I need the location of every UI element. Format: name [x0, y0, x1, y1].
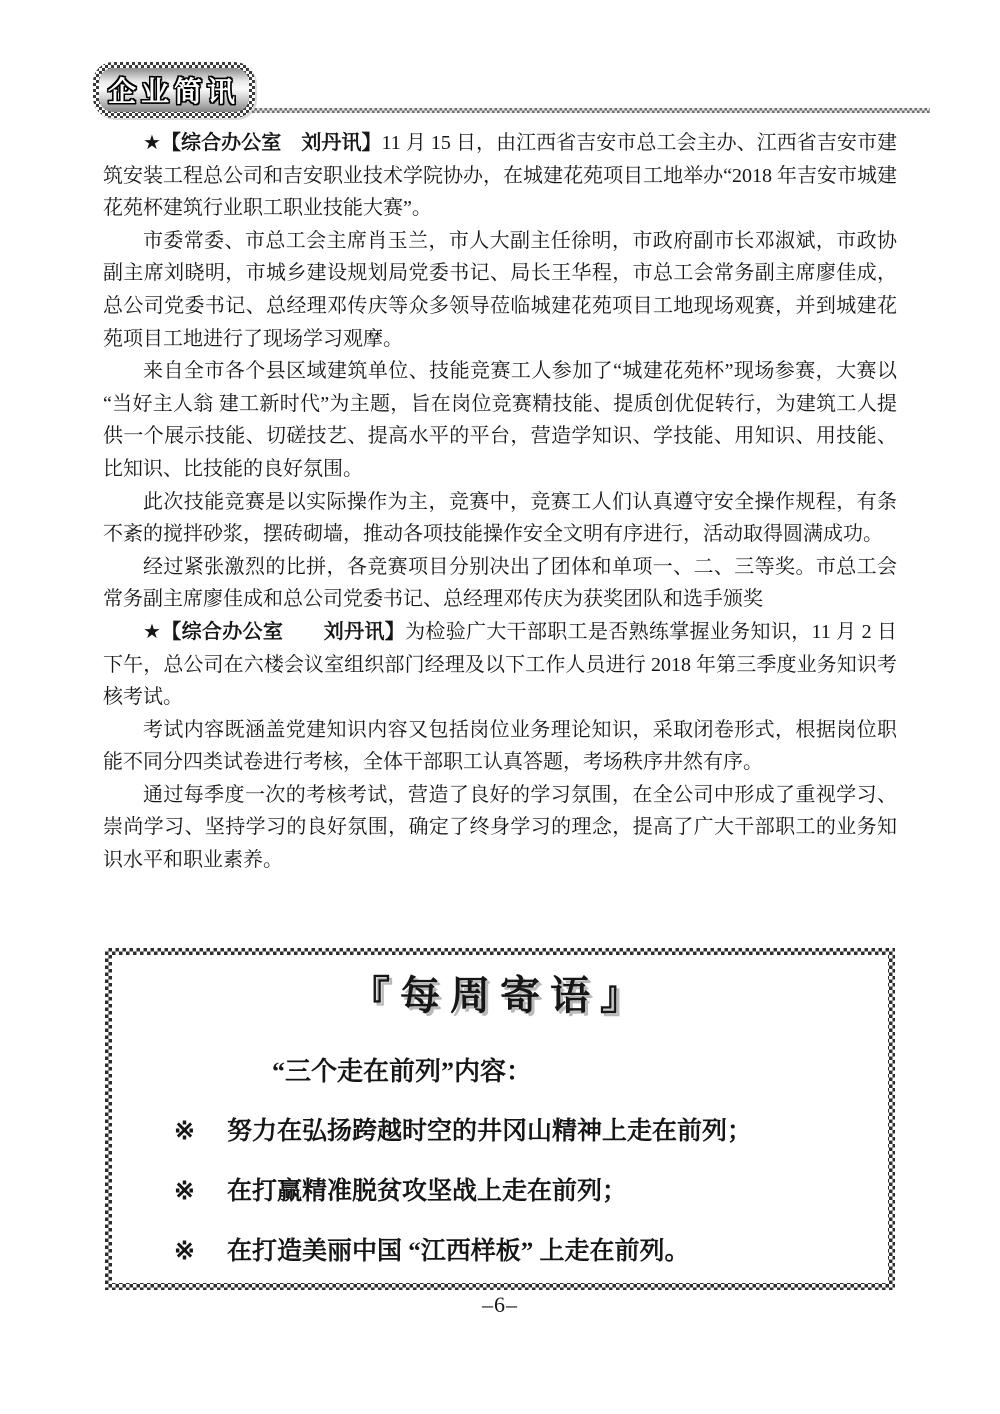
paragraph-text: 通过每季度一次的考核考试，营造了良好的学习氛围，在全公司中形成了重视学习、崇尚学… [103, 784, 897, 871]
weekly-message-item: ※ 在打造美丽中国 “江西样板” 上走在前列。 [174, 1235, 868, 1269]
weekly-message-title: 『每周寄语』 [112, 969, 888, 1023]
weekly-message-subtitle: “三个走在前列”内容： [272, 1055, 888, 1089]
article-body: ★【综合办公室 刘丹讯】11 月 15 日，由江西省吉安市总工会主办、江西省吉安… [103, 127, 897, 877]
weekly-message-list: ※ 努力在弘扬跨越时空的井冈山精神上走在前列； ※ 在打赢精准脱贫攻坚战上走在前… [112, 1115, 888, 1269]
body-paragraph: 经过紧张激烈的比拼，各竞赛项目分别决出了团体和单项一、二、三等奖。市总工会常务副… [103, 551, 897, 616]
body-paragraph: ★【综合办公室 刘丹讯】11 月 15 日，由江西省吉安市总工会主办、江西省吉安… [103, 127, 897, 225]
newsletter-page: 企业简讯 ★【综合办公室 刘丹讯】11 月 15 日，由江西省吉安市总工会主办、… [0, 0, 1000, 1414]
paragraph-lead: ★【综合办公室 刘丹讯】 [143, 621, 405, 643]
weekly-message-item-text: 在打造美丽中国 “江西样板” 上走在前列。 [227, 1235, 690, 1269]
weekly-message-item: ※ 在打赢精准脱贫攻坚战上走在前列； [174, 1175, 868, 1209]
bullet-marker: ※ [174, 1175, 195, 1209]
weekly-message-box-content: 『每周寄语』 “三个走在前列”内容： ※ 努力在弘扬跨越时空的井冈山精神上走在前… [112, 955, 888, 1283]
weekly-message-item-text: 努力在弘扬跨越时空的井冈山精神上走在前列； [227, 1115, 752, 1149]
section-header-badge: 企业简讯 [93, 62, 255, 118]
body-paragraph: 此次技能竞赛是以实际操作为主，竞赛中，竞赛工人们认真遵守安全操作规程，有条不紊的… [103, 486, 897, 551]
body-paragraph: ★【综合办公室 刘丹讯】为检验广大干部职工是否熟练掌握业务知识，11 月 2 日… [103, 616, 897, 714]
body-paragraph: 来自全市各个县区域建筑单位、技能竞赛工人参加了“城建花苑杯”现场参赛，大赛以“当… [103, 355, 897, 485]
paragraph-text: 此次技能竞赛是以实际操作为主，竞赛中，竞赛工人们认真遵守安全操作规程，有条不紊的… [103, 491, 897, 546]
header-rule [252, 108, 930, 113]
paragraph-text: 市委常委、市总工会主席肖玉兰，市人大副主任徐明，市政府副市长邓淑斌，市政协副主席… [103, 230, 897, 350]
paragraph-lead: ★【综合办公室 刘丹讯】 [143, 132, 382, 154]
bullet-marker: ※ [174, 1235, 195, 1269]
body-paragraph: 考试内容既涵盖党建知识内容又包括岗位业务理论知识，采取闭卷形式，根据岗位职能不同… [103, 714, 897, 779]
bullet-marker: ※ [174, 1115, 195, 1149]
paragraph-text: 来自全市各个县区域建筑单位、技能竞赛工人参加了“城建花苑杯”现场参赛，大赛以“当… [103, 360, 897, 480]
paragraph-text: 考试内容既涵盖党建知识内容又包括岗位业务理论知识，采取闭卷形式，根据岗位职能不同… [103, 719, 897, 774]
page-number: –6– [0, 1292, 1000, 1318]
section-header-badge-label: 企业简讯 [108, 70, 240, 110]
paragraph-text: 经过紧张激烈的比拼，各竞赛项目分别决出了团体和单项一、二、三等奖。市总工会常务副… [103, 556, 897, 611]
weekly-message-box: 『每周寄语』 “三个走在前列”内容： ※ 努力在弘扬跨越时空的井冈山精神上走在前… [105, 948, 895, 1290]
section-header-badge-face: 企业简讯 [99, 68, 249, 112]
body-paragraph: 通过每季度一次的考核考试，营造了良好的学习氛围，在全公司中形成了重视学习、崇尚学… [103, 779, 897, 877]
weekly-message-item-text: 在打赢精准脱贫攻坚战上走在前列； [227, 1175, 627, 1209]
weekly-message-item: ※ 努力在弘扬跨越时空的井冈山精神上走在前列； [174, 1115, 868, 1149]
body-paragraph: 市委常委、市总工会主席肖玉兰，市人大副主任徐明，市政府副市长邓淑斌，市政协副主席… [103, 225, 897, 355]
